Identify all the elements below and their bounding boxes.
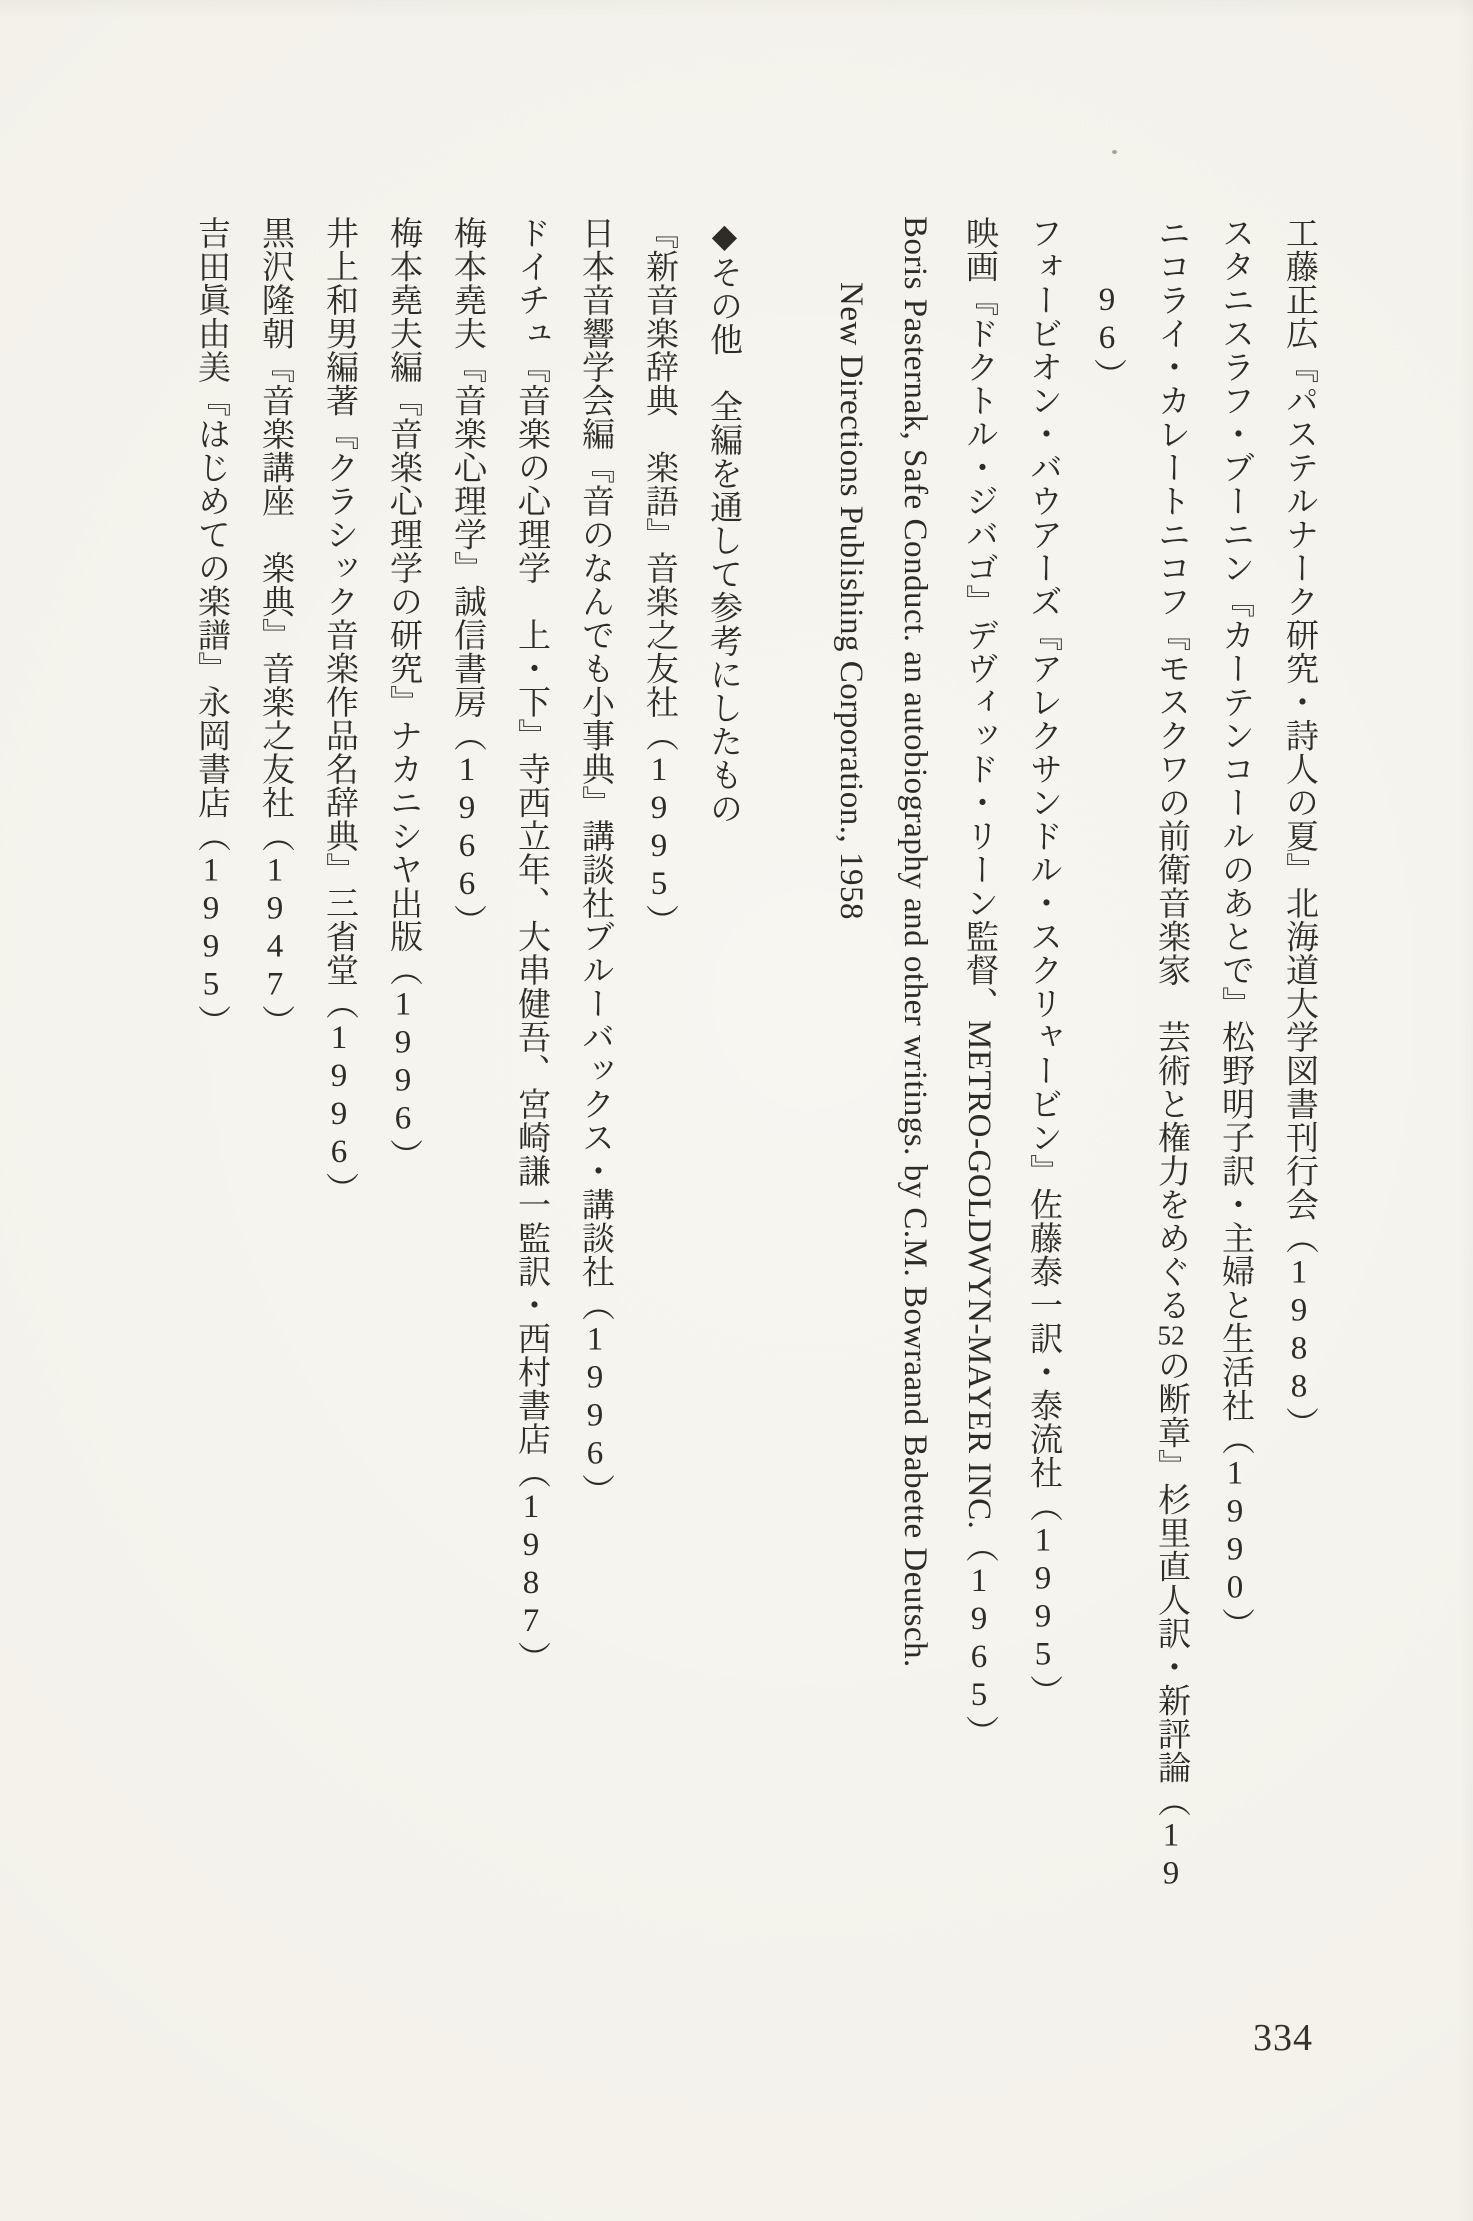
bibliography-entry: New Directions Publishing Corporation., … <box>819 216 883 2056</box>
bibliography-list: 工藤正広『パステルナーク研究・詩人の夏』北海道大学図書刊行会（1988）スタニス… <box>41 216 1331 2056</box>
year-digits: 1996 <box>577 1322 613 1474</box>
bibliography-entry: 日本音響学会編『音のなんでも小事典』講談社ブルーバックス・講談社（1996） <box>563 216 627 2056</box>
bibliography-entry: 『新音楽辞典 楽語』音楽之友社（1995） <box>627 216 691 2056</box>
year-digits: 1996 <box>385 987 421 1139</box>
page-number: 334 <box>1253 2016 1313 2060</box>
bibliography-entry: 梅本堯夫編『音楽心理学の研究』ナカニシヤ出版（1996） <box>371 216 435 2056</box>
year-digits: 96 <box>1089 282 1125 358</box>
bibliography-entry: 井上和男編著『クラシック音楽作品名辞典』三省堂（1996） <box>307 216 371 2056</box>
year-digits: 1988 <box>1281 1255 1317 1407</box>
bibliography-entry: 吉田眞由美『はじめての楽譜』永岡書店（1995） <box>179 216 243 2056</box>
bibliography-entry: スタニスラフ・ブーニン『カーテンコールのあとで』松野明子訳・主婦と生活社（199… <box>1203 216 1267 2056</box>
year-digits: 1966 <box>449 752 485 904</box>
section-header: ◆その他 全編を通して参考にしたもの <box>691 216 755 2056</box>
bibliography-entry: 96） <box>1075 216 1139 2056</box>
year-digits: 1995 <box>641 752 677 904</box>
year-digits: 1990 <box>1217 1456 1253 1608</box>
bibliography-entry: ドイチュ『音楽の心理学 上・下』寺西立年、大串健吾、宮崎謙一監訳・西村書店（19… <box>499 216 563 2056</box>
scan-speck <box>1112 150 1117 154</box>
bibliography-entry: 梅本堯夫『音楽心理学』誠信書房（1966） <box>435 216 499 2056</box>
year-digits: 19 <box>1153 1818 1189 1894</box>
bibliography-entry: 映画『ドクトル・ジバゴ』デヴィッド・リーン監督、METRO-GOLDWYN-MA… <box>947 216 1011 2056</box>
bibliography-entry: ニコライ・カレートニコフ『モスクワの前衛音楽家 芸術と権力をめぐる52の断章』杉… <box>1139 216 1203 2056</box>
year-digits: 1965 <box>961 1563 997 1715</box>
tatechuyoko-number: 52 <box>1156 1322 1186 1349</box>
bibliography-entry: 黒沢隆朝『音楽講座 楽典』音楽之友社（1947） <box>243 216 307 2056</box>
year-digits: 1995 <box>1025 1523 1061 1675</box>
bibliography-entry: フォービオン・バウアーズ『アレクサンドル・スクリャービン』佐藤泰一訳・泰流社（1… <box>1011 216 1075 2056</box>
year-digits: 1987 <box>513 1489 549 1641</box>
bibliography-entry: 工藤正広『パステルナーク研究・詩人の夏』北海道大学図書刊行会（1988） <box>1267 216 1331 2056</box>
bibliography-entry: Boris Pasternak, Safe Conduct. an autobi… <box>883 216 947 2056</box>
year-digits: 1995 <box>193 853 229 1005</box>
year-digits: 1947 <box>257 853 293 1005</box>
year-digits: 1996 <box>321 1020 357 1172</box>
